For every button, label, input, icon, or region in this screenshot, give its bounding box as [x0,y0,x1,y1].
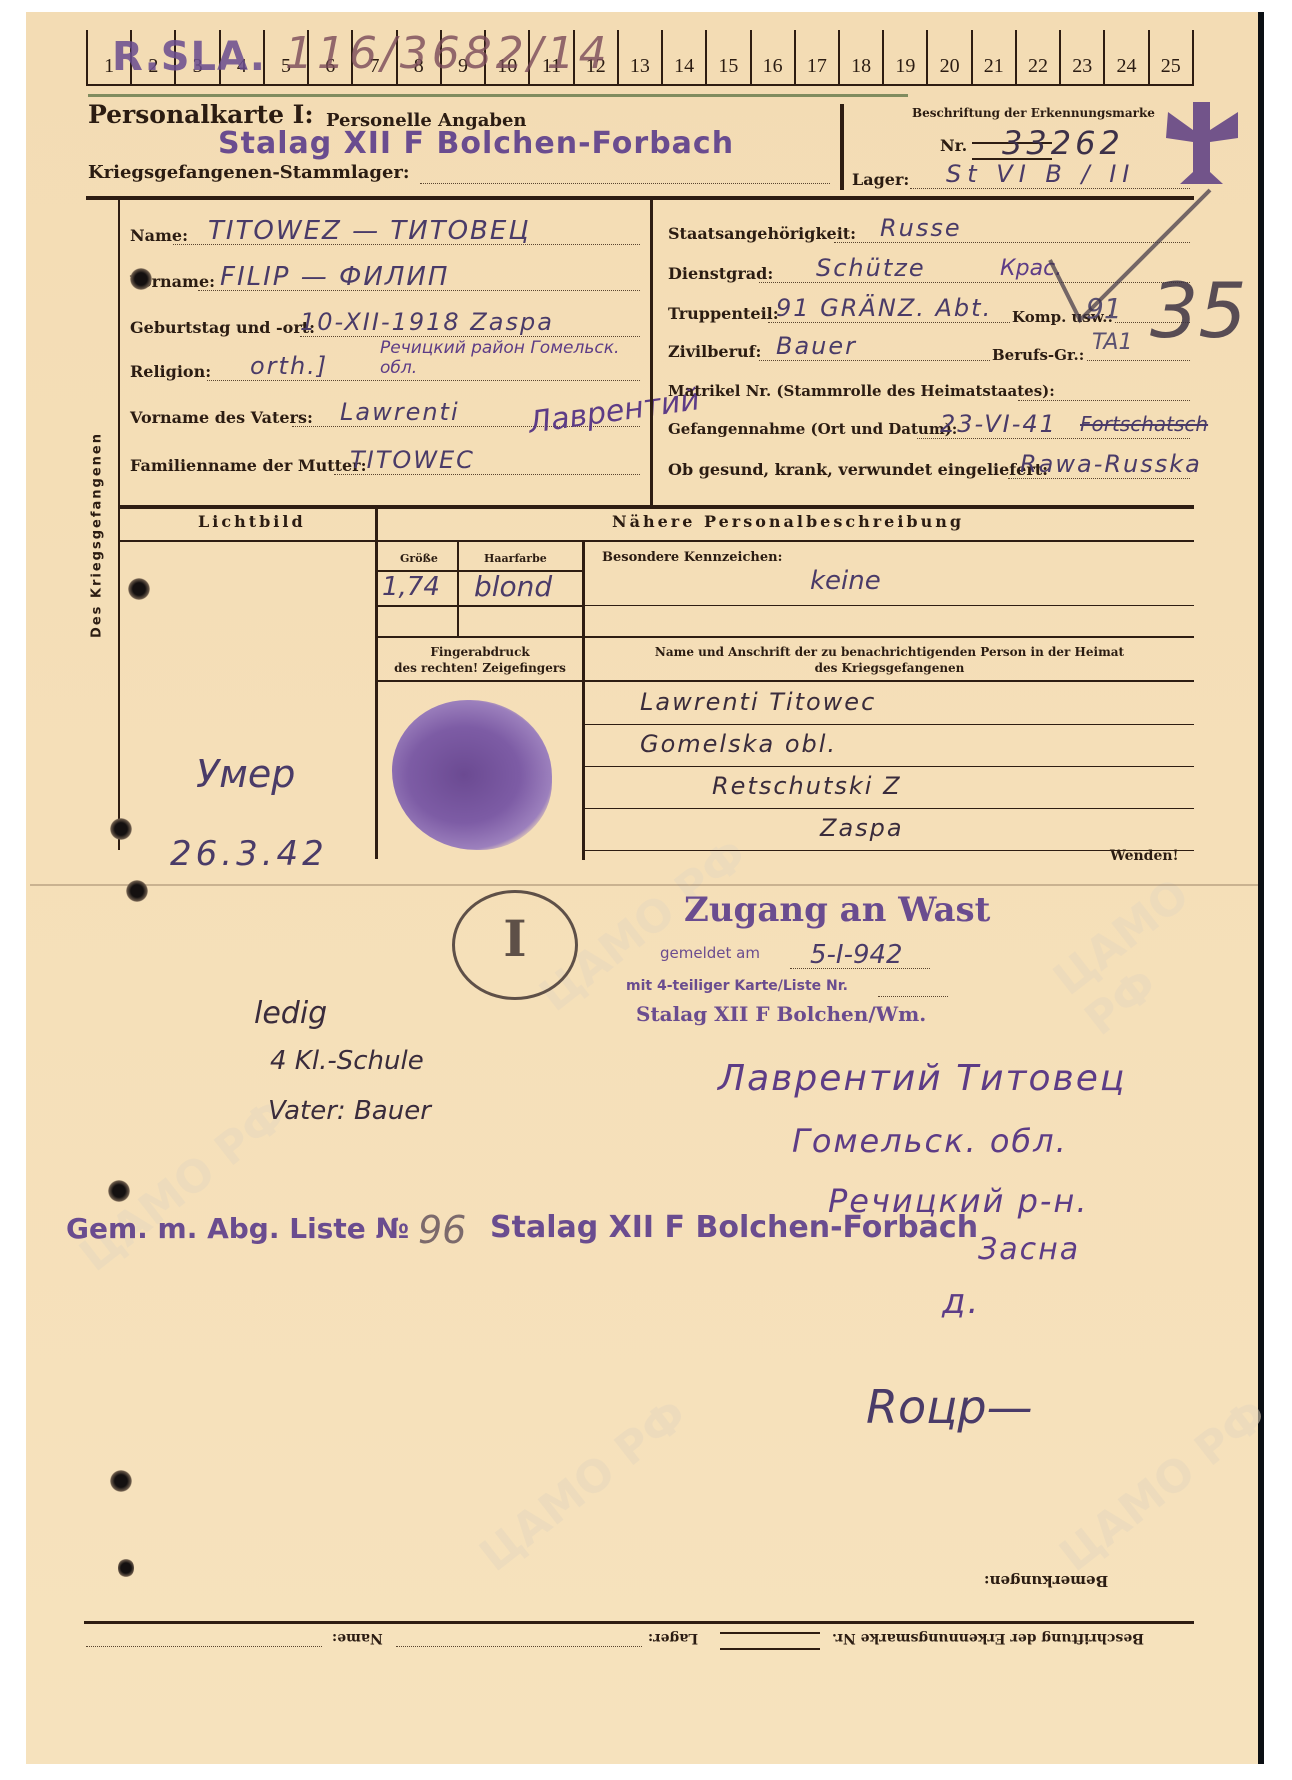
field-label: Familienname der Mutter: [130,456,367,475]
field-value: Bauer [776,332,857,360]
arrival-date: 5-I-942 [810,940,903,970]
list-stamp-camp: Stalag XII F Bolchen-Forbach [490,1210,978,1245]
field-label: Staatsangehörigkeit: [668,224,856,243]
footer-name-label: Name: [332,1630,383,1646]
signature: Rоцр— [866,1380,1033,1434]
number-cell: 21 [971,30,1015,84]
russian-note-line: д. [942,1282,980,1322]
field-label: Vorname des Vaters: [130,408,313,427]
strip-stamp: R.SLA. [112,34,266,80]
cross-stamp-icon [1148,92,1258,192]
fold-line [30,884,1258,886]
arrival-camp: Stalag XII F Bolchen/Wm. [636,1002,926,1026]
circle-stamp: I [452,890,578,1000]
punch-hole [130,268,152,290]
contact-line: Lawrenti Titowec [640,688,876,716]
turn-over-label: Wenden! [1110,848,1179,864]
field-label: Truppenteil: [668,304,779,323]
list-stamp-prefix: Gem. m. Abg. Liste № [66,1212,409,1245]
arrival-list-label: mit 4-teiliger Karte/Liste Nr. [626,978,848,994]
punch-hole [110,1470,132,1492]
death-date: 26.3.42 [170,834,328,874]
punch-hole [118,1558,134,1578]
punch-hole [110,818,132,840]
field-value: 10-XII-1918 Zaspa [300,308,554,336]
number-cell: 25 [1148,30,1194,84]
field-label: Religion: [130,362,211,381]
punch-hole [128,578,150,600]
height-label: Größe [400,552,438,565]
number-cell: 24 [1103,30,1147,84]
footer-lager-label: Lager: [648,1630,698,1646]
field-label: Geburtstag und -ort: [130,318,315,337]
field-label: Gefangennahme (Ort und Datum): [668,420,957,438]
field-label: Name: [130,226,188,245]
side-label: Des Kriegsgefangenen [84,390,110,680]
field-value: TITOWEZ — ТИТОВЕЦ [208,216,531,246]
punch-hole [108,1180,130,1202]
contact-line: Zaspa [820,814,904,842]
marks-value: keine [810,566,881,596]
contact-heading: Name und Anschrift der zu benachrichtige… [585,644,1194,676]
sub-label: Berufs-Gr.: [990,346,1086,364]
card-title: Personalkarte I: [88,100,314,129]
tag-number: 33262 [1002,124,1124,162]
check-mark-icon [1040,180,1220,340]
number-cell: 15 [705,30,749,84]
photo-heading: Lichtbild [198,512,306,531]
camp-label: Kriegsgefangenen-Stammlager: [88,162,410,183]
arrival-reported-label: gemeldet am [660,944,760,962]
russian-note-line: Засна [978,1232,1080,1267]
field-value: FILIP — ФИЛИП [220,262,449,292]
list-number: 96 [418,1208,466,1252]
contact-line: Retschutski Z [712,772,902,800]
tag-heading: Beschriftung der Erkennungsmarke [912,106,1155,120]
note-line: ledig [254,996,327,1031]
russian-note-line: Лаврентий Титовец [718,1058,1126,1099]
strip-handwriting: 116/3682/14 [285,28,611,79]
field-value: Rawa-Russka [1020,450,1202,478]
field-value: 23-VI-41 [940,410,1057,438]
note-line: Vater: Bauer [268,1096,431,1126]
arrival-stamp-title: Zugang an Wast [684,890,990,930]
field-label: Dienstgrad: [668,264,773,283]
field-value: Russe [880,214,962,242]
green-mark [88,94,908,97]
camp-stamp: Stalag XII F Bolchen-Forbach [218,126,734,161]
field-value: 91 GRÄNZ. Abt. [776,294,992,322]
number-cell: 16 [750,30,794,84]
number-cell: 14 [661,30,705,84]
fingerprint-label: Fingerabdruck des rechten! Zeigefingers [378,644,582,676]
death-note: Умер [196,752,295,796]
field-note: Речицкий район Гомельск. обл. [380,338,640,378]
field-value: Lawrenti [340,398,460,426]
footer-tag-label: Beschriftung der Erkennungsmarke Nr. [832,1630,1144,1646]
field-label: Matrikel Nr. (Stammrolle des Heimatstaat… [668,382,1055,400]
description-heading: Nähere Personalbeschreibung [612,512,964,531]
remarks-label: Bemerkungen: [984,1572,1108,1590]
field-value: TITOWEC [350,446,475,474]
contact-line: Gomelska obl. [640,730,837,758]
field-label: Ob gesund, krank, verwundet eingeliefert… [668,460,1048,479]
number-cell: 17 [794,30,838,84]
number-cell: 13 [617,30,661,84]
number-cell: 19 [882,30,926,84]
hair-label: Haarfarbe [484,552,547,565]
height-value: 1,74 [382,572,440,602]
number-cell: 18 [838,30,882,84]
field-label: Zivilberuf: [668,342,761,361]
field-value: Schütze [816,254,926,282]
struck-value: Fortschatsch [1080,412,1208,436]
field-value: orth.] [250,352,328,380]
marks-label: Besondere Kennzeichen: [602,550,782,565]
russian-note-line: Гомельск. обл. [792,1122,1068,1160]
hair-value: blond [474,570,552,603]
tag-nr-label: Nr. [940,136,967,155]
number-cell: 20 [926,30,970,84]
note-line: 4 Kl.-Schule [270,1046,424,1076]
number-cell: 23 [1059,30,1103,84]
lager-label: Lager: [852,170,909,189]
punch-hole [126,880,148,902]
number-cell: 22 [1015,30,1059,84]
